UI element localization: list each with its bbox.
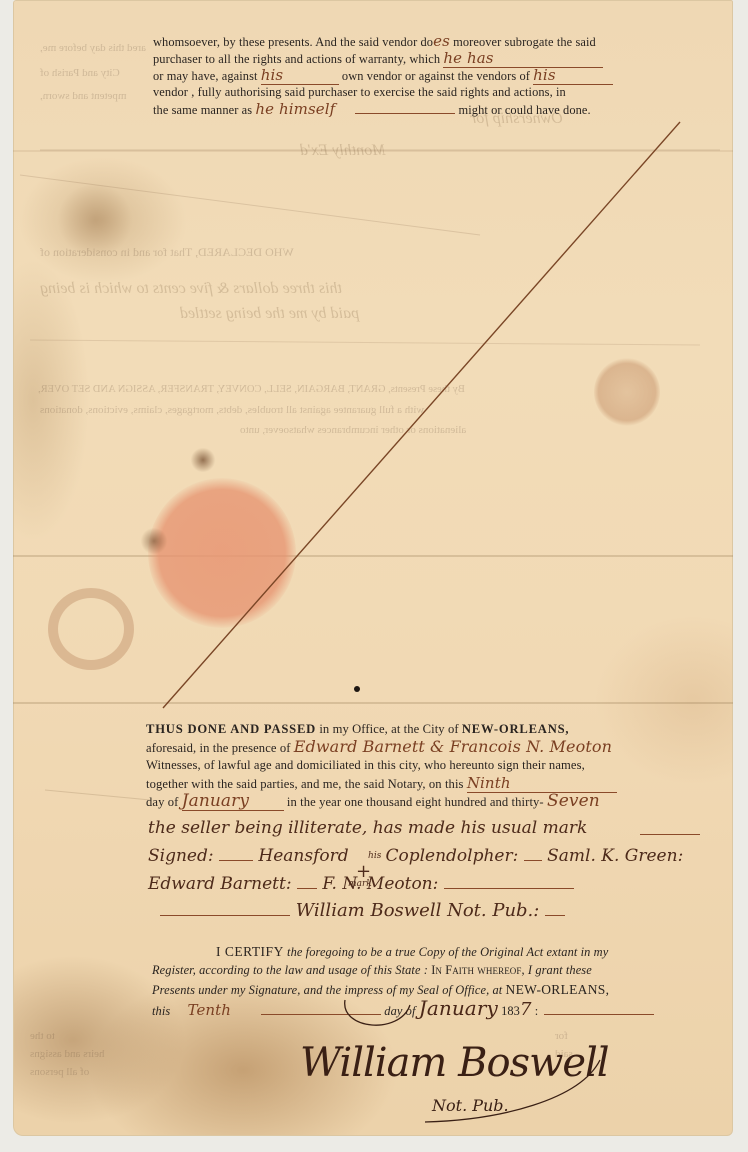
signature-flourish xyxy=(0,0,748,1152)
